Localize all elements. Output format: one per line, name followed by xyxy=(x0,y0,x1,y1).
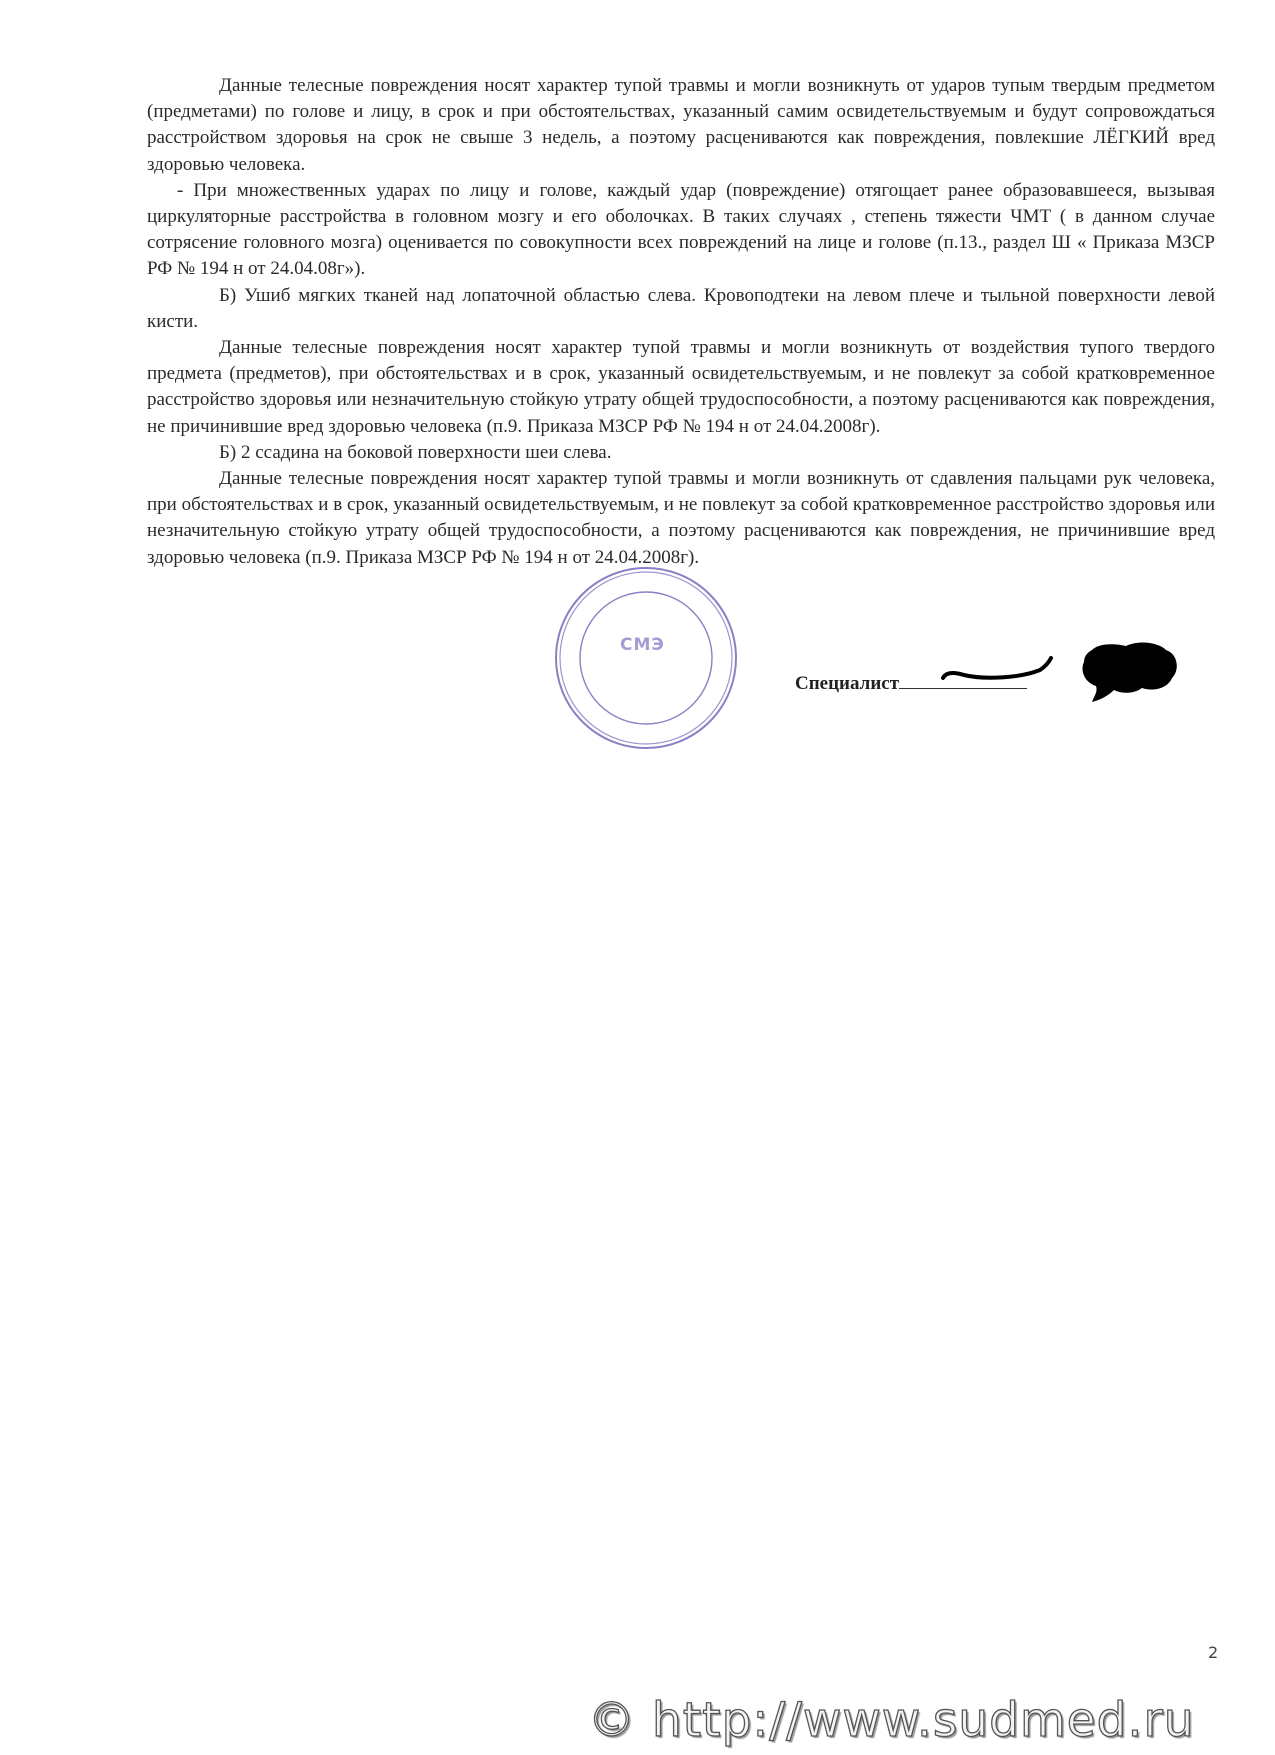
paragraph-no-harm-2: Данные телесные повреждения носят характ… xyxy=(147,466,1215,571)
document-body: Данные телесные повреждения носят характ… xyxy=(147,73,1215,571)
redaction-blot-icon xyxy=(1078,640,1180,702)
document-page: Данные телесные повреждения носят характ… xyxy=(0,0,1275,1755)
page-number: 2 xyxy=(1208,1643,1218,1662)
official-stamp xyxy=(553,565,739,751)
signature-scribble-icon xyxy=(940,650,1055,690)
copyright-watermark: © http://www.sudmed.ru xyxy=(588,1693,1195,1748)
paragraph-neck-abrasions: Б) 2 ссадина на боковой поверхности шеи … xyxy=(147,440,1215,466)
stamp-label: СМЭ xyxy=(620,635,665,655)
paragraph-light-harm: Данные телесные повреждения носят характ… xyxy=(147,73,1215,178)
stamp-circle-icon xyxy=(553,565,739,751)
paragraph-no-harm-1: Данные телесные повреждения носят характ… xyxy=(147,335,1215,440)
paragraph-soft-tissue-bruise: Б) Ушиб мягких тканей над лопаточной обл… xyxy=(147,283,1215,335)
signature-label: Специалист xyxy=(795,673,899,694)
paragraph-multiple-blows: - При множественных ударах по лицу и гол… xyxy=(147,178,1215,283)
